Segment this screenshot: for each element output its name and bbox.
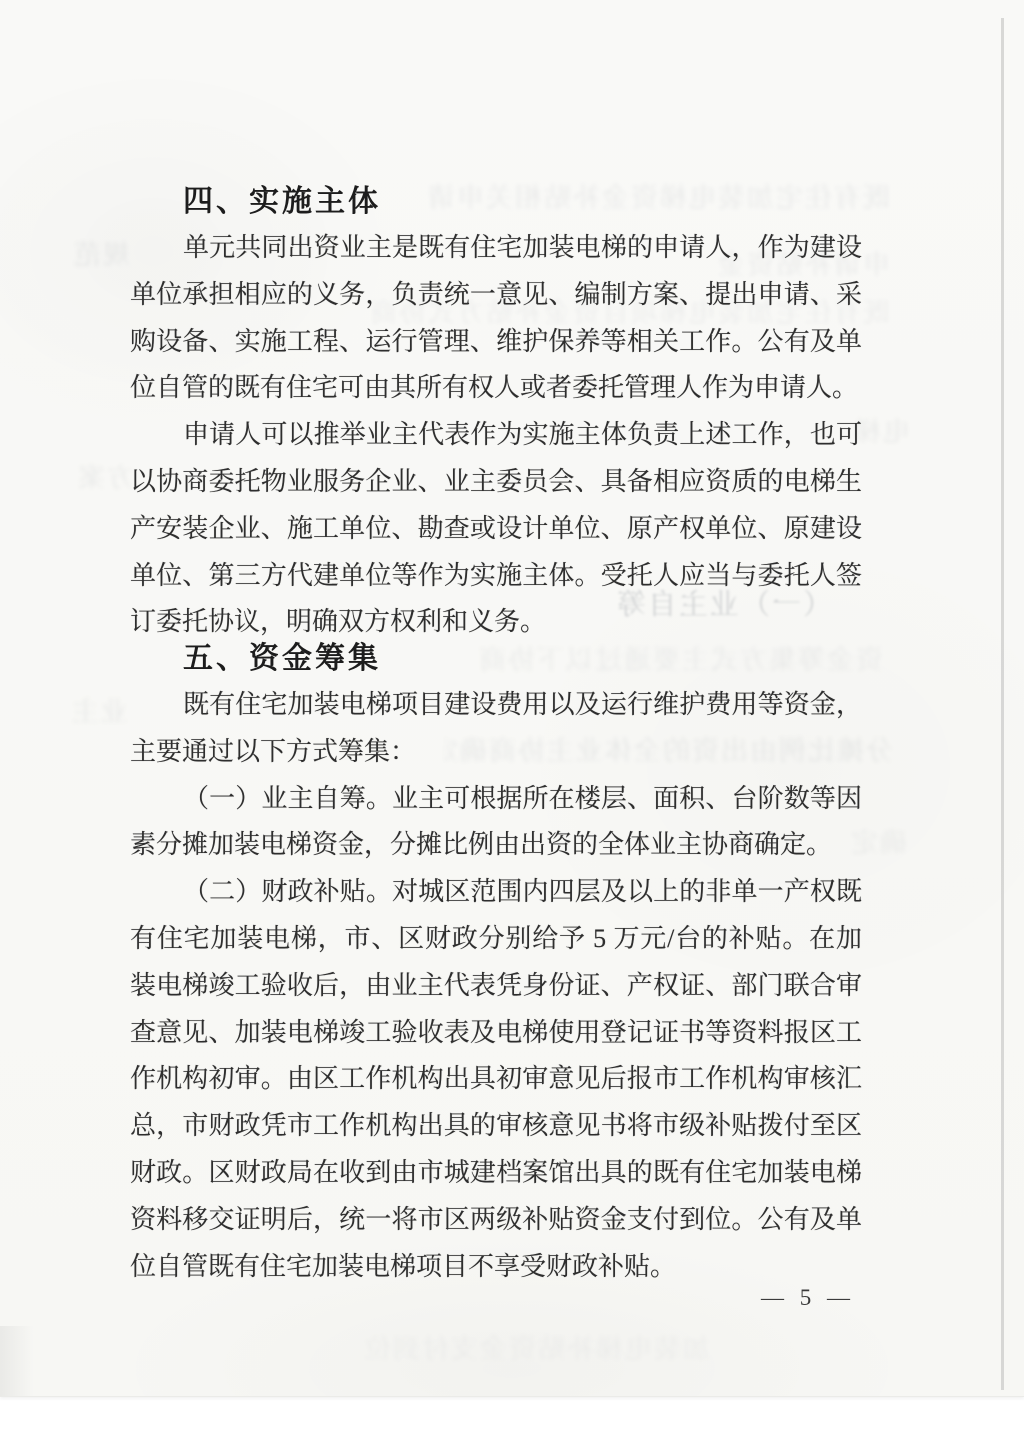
- body-line: 查意见、加装电梯竣工验收表及电梯使用登记证书等资料报区工: [130, 1010, 862, 1057]
- body-line: 总，市财政凭市工作机构出具的审核意见书将市级补贴拨付至区: [130, 1103, 862, 1150]
- body-line: 作机构初审。由区工作机构出具初审意见后报市工作机构审核汇: [130, 1056, 862, 1103]
- body-line: 主要通过以下方式筹集：: [130, 729, 862, 776]
- body-line: 购设备、实施工程、运行管理、维护保养等相关工作。公有及单: [130, 319, 862, 366]
- section-heading: 四、实施主体: [130, 178, 862, 225]
- scanned-document-page: 既有住宅加装电梯资金补贴相关申请 规范 申请补贴资金 既有住宅加装电梯项目资金补…: [0, 0, 1024, 1447]
- body-line: 财政。区财政局在收到由市城建档案馆出具的既有住宅加装电梯: [130, 1150, 862, 1197]
- section-fund-raising: 五、资金筹集 既有住宅加装电梯项目建设费用以及运行维护费用等资金， 主要通过以下…: [130, 635, 862, 1290]
- body-line: 素分摊加装电梯资金，分摊比例由出资的全体业主协商确定。: [130, 822, 862, 869]
- body-line: 产安装企业、施工单位、勘查或设计单位、原产权单位、原建设: [130, 506, 862, 553]
- body-line: 申请人可以推举业主代表作为实施主体负责上述工作，也可: [130, 412, 862, 459]
- page-number: — 5 —: [748, 1281, 868, 1315]
- section-heading: 五、资金筹集: [130, 635, 862, 682]
- body-line: 单元共同出资业主是既有住宅加装电梯的申请人，作为建设: [130, 225, 862, 272]
- body-line: （二）财政补贴。对城区范围内四层及以上的非单一产权既: [130, 869, 862, 916]
- scan-edge-right: [1001, 18, 1004, 1390]
- body-line: 有住宅加装电梯，市、区财政分别给予 5 万元/台的补贴。在加: [130, 916, 862, 963]
- body-line: 装电梯竣工验收后，由业主代表凭身份证、产权证、部门联合审: [130, 963, 862, 1010]
- body-line: 位自管的既有住宅可由其所有权人或者委托管理人作为申请人。: [130, 365, 862, 412]
- body-line: 资料移交证明后，统一将市区两级补贴资金支付到位。公有及单: [130, 1197, 862, 1244]
- body-line: 既有住宅加装电梯项目建设费用以及运行维护费用等资金，: [130, 682, 862, 729]
- scan-corner-shadow: [0, 1326, 34, 1396]
- section-implementation-subject: 四、实施主体 单元共同出资业主是既有住宅加装电梯的申请人，作为建设 单位承担相应…: [130, 178, 862, 646]
- body-line: 单位、第三方代建单位等作为实施主体。受托人应当与委托人签: [130, 553, 862, 600]
- body-line: 单位承担相应的义务，负责统一意见、编制方案、提出申请、采: [130, 272, 862, 319]
- body-line: 以协商委托物业服务企业、业主委员会、具备相应资质的电梯生: [130, 459, 862, 506]
- body-line: （一）业主自筹。业主可根据所在楼层、面积、台阶数等因: [130, 776, 862, 823]
